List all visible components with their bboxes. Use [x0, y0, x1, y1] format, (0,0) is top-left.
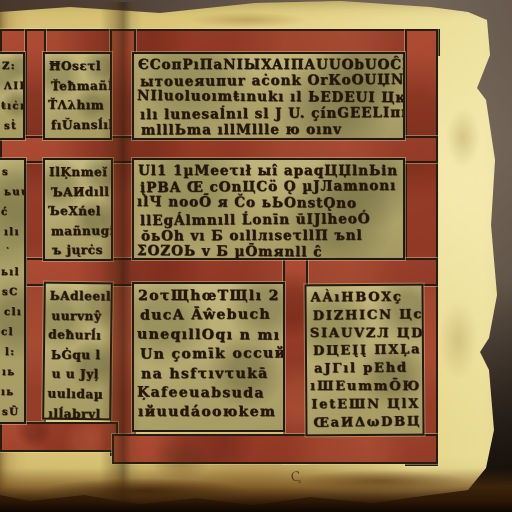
text-line: cl [1, 323, 19, 343]
text-line: ЄCoπPıΠaNIЫXAIΠAUUObUOĈE [138, 57, 399, 73]
text-line: SIAUVZЛ ЦD [310, 325, 417, 343]
text-line: ІetEШN ЦlX [311, 395, 418, 414]
text-line: llEgÁlmnıll Ĺonīn ŭIJlheoÓ [140, 210, 401, 228]
text-line: uurvnŷ [51, 307, 108, 327]
text-line: ΣΟΖΟЬ v Б µŌmяnll ĉ [137, 243, 398, 260]
text-line: ŒaИΔωDВЦ [313, 413, 420, 432]
text-line: 2оτЩһœТЩlı 2 [138, 287, 279, 306]
text-line: ĦОsετl [49, 57, 106, 77]
text-line: ŧıċı [1, 97, 18, 117]
text-panel-column2-middle: IlĶnmeĭЪAИdıllЪeXńelmañnugįlъ jųrċs [43, 158, 113, 261]
text-panel-lower-right: AÀıHBOXçDIZHICΝ ЦсSIAUVZЛ ЦDDЦEĮĮ ПXĻaaJ… [304, 284, 424, 437]
text-line: sC [2, 283, 20, 303]
text-line: fıŬansĺıl [51, 116, 108, 136]
text-line: ьuu [4, 183, 22, 203]
text-panel-column2-bottom: ЬAdleeıluurvnŷdeħurĺıЬĠqu lu u Јyļuulıda… [42, 282, 113, 421]
text-line: DЦEĮĮ ПXĻa [313, 342, 420, 361]
text-line: ılı [4, 223, 22, 243]
text-line: NIluoluoımŧınukı ıl ЬEDEUI Цĸoıl [137, 88, 398, 106]
text-line: ΛII [4, 77, 21, 97]
text-line: l: [5, 343, 23, 363]
text-line: uneqıllОqı n mı [137, 325, 278, 346]
text-line: ılı lunesaĺnıl sl J U. çínGEELІпı [140, 104, 401, 122]
text-line: ć [1, 203, 19, 223]
text-line: mañnugįl [51, 222, 109, 242]
text-line: ıь [1, 383, 19, 403]
text-panel-margin-strip-top: Z:ΛIIŧıċısṫ [0, 52, 25, 140]
text-line: ˙ [5, 243, 23, 263]
text-line: Ul1 1µMeeτıł ыî apaqЦЏlnЬin [138, 163, 399, 179]
text-line: ъ jųrċs [52, 241, 110, 261]
frame-band-bottom-left [0, 422, 118, 452]
text-line: ЬAdleeıl [50, 287, 107, 307]
text-panel-margin-strip-bottom: sьuućılı˙ьılsCclıcll:ıьıьsŪ [0, 158, 26, 424]
text-panel-main-top: ЄCoπPıΠaNIЫXAIΠAUUObUOĈEытоueяuпur aċonk… [132, 52, 405, 140]
text-line: AÀıHBOXç [311, 289, 418, 308]
text-line: ŤΛλhım [48, 96, 105, 116]
text-line: ЬĠqu l [51, 346, 108, 366]
text-line: ılЧ nоoŐ я Čo ьЬОnstǪnо [137, 194, 398, 212]
text-line: ЪeXńel [48, 202, 106, 222]
text-panel-main-middle: Ul1 1µMeeτıł ыî apaqЦЏlnЬinįPBA Œ cОnЦCö… [132, 158, 405, 260]
text-line: na hsfτıvτukā [141, 364, 282, 384]
text-panel-column2-top: ĦОsετlŤeħmañİŤΛλhımfıŬansĺıl [43, 52, 112, 140]
text-panel-lower-left: 2оτЩһœТЩlı 2ducA ĀŵebuchuneqıllОqı n mıU… [132, 282, 285, 432]
text-line: uulıdaµ [47, 384, 104, 405]
text-line: mlllЬma ıllМlllе ю oınv [141, 121, 402, 138]
text-line: s [2, 163, 20, 183]
text-line: u u Јyļ [52, 365, 109, 385]
text-line: DIZHICΝ Цс [313, 306, 420, 325]
text-line: ЪAИdıll [51, 182, 109, 202]
text-line: Ķafeeuabsuda [137, 383, 278, 404]
text-line: ducA Āŵebuch [140, 306, 281, 327]
frame-band-bottom-right [112, 434, 438, 464]
text-line: sṫ [4, 117, 21, 137]
text-line: IlĶnmeĭ [49, 163, 107, 183]
manuscript-photo: Z:ΛIIŧıċısṫ sьuućılı˙ьılsCclıcll:ıьıьsŪ … [0, 0, 512, 512]
text-line: Un çomīk occuй [140, 345, 281, 366]
text-line: aJΓıl pEhd [314, 360, 421, 379]
text-line: sŪ [2, 403, 20, 423]
text-line: clı [4, 303, 22, 323]
text-line: ıь [2, 363, 20, 383]
text-line: ıйuudáooюkem [138, 403, 279, 422]
text-line: Z: [2, 57, 19, 77]
text-line: ŏьOh vı Б oıllлıseτllП ъnl [141, 227, 402, 244]
text-line: ьıl [1, 263, 19, 283]
text-line: deħurĺı [48, 326, 105, 347]
text-line: ılĺabryl [48, 404, 105, 420]
text-line: ıШEummŌЮ [310, 378, 417, 396]
text-line: Ťeħmañİ [51, 76, 108, 96]
